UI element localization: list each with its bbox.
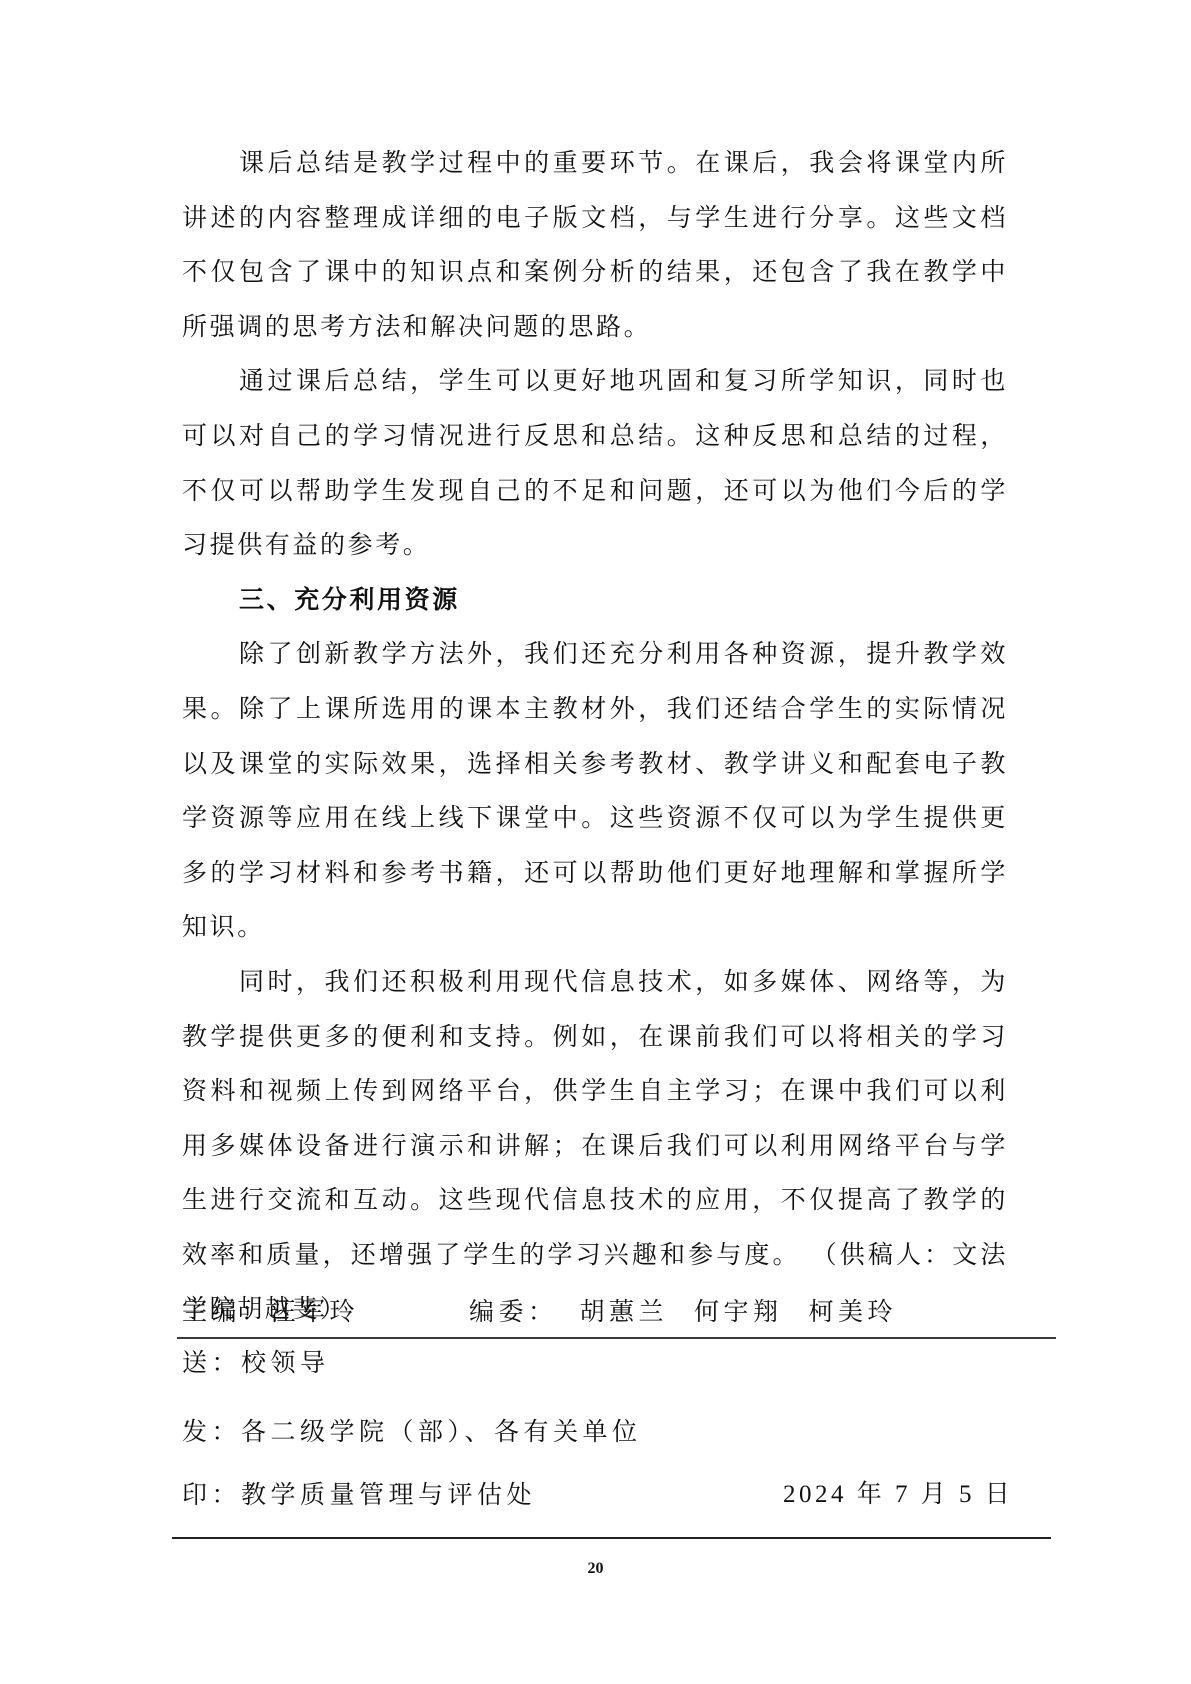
paragraph-information-technology: 同时，我们还积极利用现代信息技术，如多媒体、网络等，为教学提供更多的便利和支持。… bbox=[182, 955, 1008, 1337]
issue-date: 2024 年 7 月 5 日 bbox=[783, 1479, 1013, 1511]
paragraph-resources: 除了创新教学方法外，我们还充分利用各种资源，提升教学效果。除了上课所选用的课本主… bbox=[182, 627, 1008, 955]
editorial-committee: 编委：胡蕙兰何宇翔柯美玲 bbox=[469, 1296, 897, 1328]
article-body: 课后总结是教学过程中的重要环节。在课后，我会将课堂内所讲述的内容整理成详细的电子… bbox=[182, 136, 1008, 1337]
printed-by: 印：教学质量管理与评估处 bbox=[182, 1479, 536, 1511]
committee-label: 编委： bbox=[469, 1297, 558, 1326]
footer-divider-bottom bbox=[172, 1537, 1051, 1539]
committee-member: 何宇翔 bbox=[694, 1297, 783, 1326]
page-number: 20 bbox=[0, 1559, 1191, 1579]
send-to: 送：校领导 bbox=[182, 1347, 330, 1379]
footer-divider-top bbox=[177, 1337, 1056, 1339]
paragraph-post-class-summary: 课后总结是教学过程中的重要环节。在课后，我会将课堂内所讲述的内容整理成详细的电子… bbox=[182, 136, 1008, 354]
chief-editor: 主编：汪军玲 bbox=[182, 1296, 359, 1328]
distribute-to: 发：各二级学院（部）、各有关单位 bbox=[182, 1416, 642, 1448]
paragraph-summary-benefits: 通过课后总结，学生可以更好地巩固和复习所学知识，同时也可以对自己的学习情况进行反… bbox=[182, 354, 1008, 572]
committee-member: 柯美玲 bbox=[809, 1297, 898, 1326]
document-page: 课后总结是教学过程中的重要环节。在课后，我会将课堂内所讲述的内容整理成详细的电子… bbox=[0, 0, 1191, 1684]
section-heading-resources: 三、充分利用资源 bbox=[182, 573, 1008, 628]
committee-member: 胡蕙兰 bbox=[580, 1297, 669, 1326]
